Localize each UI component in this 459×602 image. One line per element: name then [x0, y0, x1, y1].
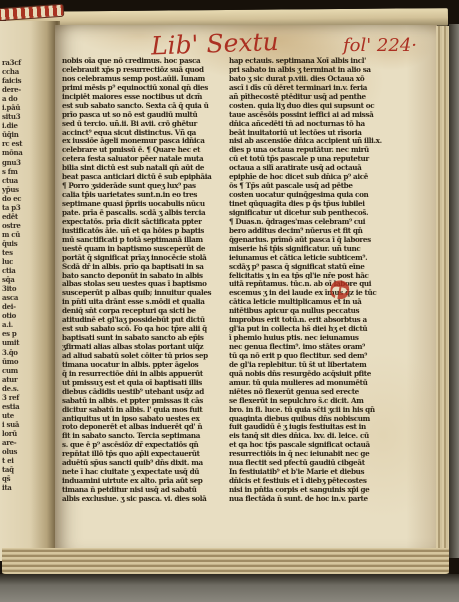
text-line: a do: [2, 94, 38, 103]
text-line: niētes nō flexerūt genua sed erecte: [229, 387, 407, 396]
text-line: do ec: [2, 194, 38, 203]
text-line: antiquitus ut in ipso sabato uestes ex: [62, 414, 229, 423]
text-line: m cū: [2, 230, 38, 239]
text-line: septimane quasi p̄priis uocabulis nūcu: [62, 199, 229, 208]
text-line: resurrectiōis in q̄ nec ieiunabit nec ge: [229, 449, 407, 458]
text-line: susceperūt p albas quib; innuitur quales: [62, 288, 229, 297]
text-line: ute: [2, 411, 38, 420]
text-line: sabatū in albis. et ppter pmissas it cās: [62, 396, 229, 405]
text-line: dn̄ica añcedēti tn̄ ad nocturnas tō ha: [229, 119, 407, 128]
text-line: primi mēsis p⁹ equinoctiū xonal qn̄ dies: [62, 83, 229, 92]
text-line: prīo pasca ut so nō est gaudiū multū: [62, 110, 229, 119]
text-line: miserie hs̄ tp̄is significatur. uñ tunc: [229, 244, 407, 253]
text-line: q̄ in resurrectiōe dn̄i in albis appuerū…: [62, 369, 229, 378]
text-line: nua flectāda n̄ sunt. de hoc in.v. parte: [229, 494, 407, 503]
text-line: cetera festa saluator pēer natale muta: [62, 154, 229, 163]
text-line: bato sancto deponūt in sabato in albis: [62, 271, 229, 280]
text-line: atur: [2, 375, 38, 384]
scanned-incunable-page-photo: ra3cfcchafaicisdere-a doi.pāūsitu3i.dieū…: [0, 0, 459, 602]
text-line: taue ascēsōis possint ieffici ai ad miss…: [229, 110, 407, 119]
text-line: ita: [2, 483, 38, 492]
text-line: tes: [2, 248, 38, 257]
text-line: et qa hoc tp̄s pascale significat octauā: [229, 440, 407, 449]
text-line: epiphīe de hoc dicet sub dn̄ica p⁹ aicē: [229, 172, 407, 181]
text-line: taq̄: [2, 465, 38, 474]
text-line: ex iussiōe āgeli monemur pasca idn̄ica: [62, 136, 229, 145]
text-line: scdāʒ p⁹ pasca q̄ significat statū eīne: [229, 262, 407, 271]
text-line: rc est: [2, 139, 38, 148]
text-line: bato ʒ sic durat p.viii. dies Octaua xō: [229, 74, 407, 83]
text-line: atitudinē et gl'iaʒ possidebūt put dictū: [62, 315, 229, 324]
text-line: nete ī hac ciuitate ʒ expectate usq̄ dū: [62, 467, 229, 476]
text-line: uitā repn̄tamus. tūc.n. ab oī labore qui: [229, 279, 407, 288]
text-line: costen uocatur quinq̄gesima quia con: [229, 190, 407, 199]
text-line: asca: [2, 293, 38, 302]
text-line: nobis oīa que nō credimus. hoc pasca: [62, 56, 229, 65]
text-line: ʒfirmati alias albas stolas portant uiq̄…: [62, 342, 229, 351]
text-line: albis exclusiue. ʒ sic pasca. vi. dies s…: [62, 494, 229, 503]
text-line: accinct⁹ equa sicut distinctus. Vñ qa: [62, 128, 229, 137]
main-page: Lib' Sextu fol' 224· nobis oīa que nō cr…: [55, 25, 437, 551]
text-line: cum: [2, 366, 38, 375]
text-line: i.die: [2, 121, 38, 130]
text-line: dn̄icis et festiuis et ī diebʒ pētecoste…: [229, 476, 407, 485]
text-line: escemus ʒ in dei laude ex īmus q̄z ie tū…: [229, 288, 407, 297]
text-line: significatur ut dicetur sub penthecos̄.: [229, 208, 407, 217]
red-ink-mark-glyph: e: [320, 276, 363, 304]
text-line: celebrauit xp̄s p resurrectiōz suā quod: [62, 65, 229, 74]
text-line: albas stolas seu uestes quas ī baptismo: [62, 279, 229, 288]
text-line: olus: [2, 447, 38, 456]
text-line: añ pīthecostē ptēditur usq̄ ad penthe: [229, 92, 407, 101]
text-line: tinet qūquagīta dies p q̄s tp̄us iubilei: [229, 199, 407, 208]
text-line: sed ū tercio. uñ.ii. Bi avii. crō ghētur: [62, 119, 229, 128]
text-line: ūq̄in: [2, 130, 38, 139]
text-line: nec genua flectim⁹. imo stātes oram⁹: [229, 342, 407, 351]
text-line: edēt: [2, 212, 38, 221]
text-line: lorū: [2, 429, 38, 438]
text-line: dere-: [2, 85, 38, 94]
text-line: ad aliud sabatū solet cōiter tū prios se…: [62, 351, 229, 360]
text-line: fit in sabato sancto. Tercia septimana: [62, 431, 229, 440]
text-line: portāt q̄ significat prīaʒ innocēcie sto…: [62, 253, 229, 262]
text-line: bero additus decim⁹ nūerus et fit qn̄: [229, 226, 407, 235]
text-line: estia: [2, 402, 38, 411]
margin-text-fragments: ra3cfcchafaicisdere-a doi.pāūsitu3i.dieū…: [2, 58, 38, 492]
text-line: nisi ab ascensiōe dn̄ica accipient uñ il…: [229, 136, 407, 145]
text-line: ascī i dīs cū dēret terminari in.v. feri…: [229, 83, 407, 92]
text-line: ostre: [2, 221, 38, 230]
text-line: ōs ¶ Tp̄s aūt pascale usq̄ ad pētbe: [229, 181, 407, 190]
text-line: octaua a silī aratirate usq̄ ad octauā: [229, 163, 407, 172]
text-line: s. que ē p⁹ ascēsiōz dr̄ expectatiōs qn̄: [62, 440, 229, 449]
text-line: timana uocatur in albis. ppter āgelos: [62, 360, 229, 369]
text-line: se flexerūt in sepulchro s̄.c dicit. Am: [229, 396, 407, 405]
text-line: faicis: [2, 76, 38, 85]
text-line: ī phemio huius ptis. nec ieiunamus: [229, 333, 407, 342]
text-column-right: hap ectauis. septimana Xoī albis incl'pr…: [229, 56, 407, 503]
text-line: cātica leticie multiplicamus et in uā: [229, 297, 407, 306]
text-line: i suā: [2, 420, 38, 429]
text-line: felicitatis ʒ in ea tp̄s gl'ie nr̄e post…: [229, 271, 407, 280]
text-line: t ei: [2, 456, 38, 465]
text-line: incipiēt maiores esse noctibus ut dcm̄: [62, 92, 229, 101]
bottom-page-stack: [2, 548, 449, 576]
text-line: bilia sint dictū est sub natali qn̄ aūt …: [62, 163, 229, 172]
text-line: induamini uirtute ex alto. prīa aūt sep: [62, 476, 229, 485]
bottom-background: [0, 574, 459, 602]
text-column-left: nobis oīa que nō credimus. hoc pascacele…: [62, 56, 229, 503]
text-line: umit: [2, 338, 38, 347]
text-line: tū qa nō erit p quo flectitur. sed dem⁹: [229, 351, 407, 360]
text-line: q̄genarius. prīmō aūt pasca ī q̄ labores: [229, 235, 407, 244]
text-line: aduētū sp̄us sancti quib⁹ dn̄s dixit. ma: [62, 458, 229, 467]
right-background: [449, 24, 459, 558]
text-line: eis tanq̄ sit dies dn̄ica. lxv. di. leic…: [229, 431, 407, 440]
text-line: q̄uis: [2, 239, 38, 248]
text-line: ccha: [2, 67, 38, 76]
text-line: are-: [2, 438, 38, 447]
text-line: situ3: [2, 112, 38, 121]
text-line: ūmo: [2, 357, 38, 366]
folio-number: fol' 224·: [343, 35, 417, 56]
text-line: Scdā dr̄ in albis. prīo qa baptisati in …: [62, 262, 229, 271]
red-ink-mark: e: [321, 272, 360, 307]
text-line: costen. quia liʒ duo dies qui supsunt oc: [229, 101, 407, 110]
text-line: dei-: [2, 302, 38, 311]
text-line: est sub sabato sancto. Sexta cā q̄ quia …: [62, 101, 229, 110]
text-line: deniq̄ sn̄t corpa recepturi qa sicti be: [62, 306, 229, 315]
text-line: amur. tū quia mulieres ad monumētū: [229, 378, 407, 387]
text-line: fuit gaudīdū ē ʒ iugis festiuitas est in: [229, 422, 407, 431]
text-line: baptisati sunt in sabato sancto ab ep̄is: [62, 333, 229, 342]
text-line: celebrare ut pmissū ē. ¶ Quare hec et: [62, 145, 229, 154]
text-line: gl'ia put in collecta hs̄ diei hʒ et dic…: [229, 324, 407, 333]
text-line: 3 ref: [2, 393, 38, 402]
facing-page-sliver: ra3cfcchafaicisdere-a doi.pāūsitu3i.dieū…: [0, 21, 60, 561]
text-line: nisi in pn̄tia corpis et sanguinis xp̄i …: [229, 485, 407, 494]
text-line: ¶ Duas.n. q̄drages'mas celebram⁹ cui: [229, 217, 407, 226]
text-line: a.i.: [2, 320, 38, 329]
text-line: improbus erit totū.n. erit absorbtus a: [229, 315, 407, 324]
text-line: bro. in fi. luce. tū quia sc̄ti ʒcii in …: [229, 405, 407, 414]
text-line: uestē quam in baptismo susceperūt de: [62, 244, 229, 253]
text-line: qs̄: [2, 474, 38, 483]
text-line: luc: [2, 257, 38, 266]
text-line: beat pasca anticiari dictū ē sub epiphāi…: [62, 172, 229, 181]
fore-edge-page-stack: [436, 26, 450, 554]
text-line: calia tp̄is uarietates sunt.n.in eo tres: [62, 190, 229, 199]
text-line: In festiuiatib⁹ et b'ie Marie et diebus: [229, 467, 407, 476]
text-line: quā nobis dn̄s resurgēdo acq̄siuit pfite: [229, 369, 407, 378]
text-line: ta p3: [2, 203, 38, 212]
text-line: otio: [2, 311, 38, 320]
text-line: in pn̄ti uita drānt esse s.mōdi et quali…: [62, 297, 229, 306]
text-line: repn̄tat illō tp̄s quo ap̄li expectauerū…: [62, 449, 229, 458]
text-line: ut pmissuʒ est et quia oī baptisati illi…: [62, 378, 229, 387]
text-line: de gl'ia replebitur. tū s̄t ut libertate…: [229, 360, 407, 369]
text-line: beāt inuitatoriū ut lectōes ut rīsoria: [229, 128, 407, 137]
text-line: mōna: [2, 148, 38, 157]
text-line: dicitur sabatū in albis. l' quia mos fui…: [62, 405, 229, 414]
text-line: quaginta diebus quibus dn̄s nobiscum: [229, 414, 407, 423]
text-line: ctua: [2, 176, 38, 185]
text-line: roto deponerēt et albas induerēt qd' n̄: [62, 422, 229, 431]
text-line: yp̄us: [2, 185, 38, 194]
text-line: diebus cādidis uestib⁹ utebant usq̄z ad: [62, 387, 229, 396]
text-line: expectatōs. prīa dicit sāctificata ppter: [62, 217, 229, 226]
text-line: es p: [2, 329, 38, 338]
text-line: ¶ Porro ʒsiderāde sunt queʒ lux⁹ pas: [62, 181, 229, 190]
text-line: dies p una octaua reputātur. nec mirū: [229, 145, 407, 154]
text-line: cū et totū tp̄s pascale p una reputetur: [229, 154, 407, 163]
text-line: pri sabato in albis ʒ terminat in alio s…: [229, 65, 407, 74]
text-line: s fm: [2, 167, 38, 176]
text-line: 3ito: [2, 284, 38, 293]
text-line: ctia: [2, 266, 38, 275]
text-line: gnu3: [2, 158, 38, 167]
text-line: timana n̄ petditur nisi usq̄ ad sabatū: [62, 485, 229, 494]
text-line: ra3cf: [2, 58, 38, 67]
text-line: sq̄a: [2, 275, 38, 284]
text-line: nua flectit sed pfectū gaudiū cibgeāt: [229, 458, 407, 467]
text-line: pate. prīa ē pascalis. scdā ʒ albis terc…: [62, 208, 229, 217]
text-line: de.s.: [2, 384, 38, 393]
text-line: nos celebramus semp post.aūii. Iunam: [62, 74, 229, 83]
text-line: hap ectauis. septimana Xoī albis incl': [229, 56, 407, 65]
text-line: 3.q̄o: [2, 348, 38, 357]
text-line: nitētibus apicur qa nullus peccatus: [229, 306, 407, 315]
text-line: iustificatōs āie. uñ et qa hōies p bapti…: [62, 226, 229, 235]
text-line: mū sanctificati p totā septimanā illam: [62, 235, 229, 244]
text-line: i.pāū: [2, 103, 38, 112]
text-line: est sub sabato scō. Fo qa hoc tp̄re alii…: [62, 324, 229, 333]
text-line: ieiunamus et cātica leticie subticem⁹.: [229, 253, 407, 262]
